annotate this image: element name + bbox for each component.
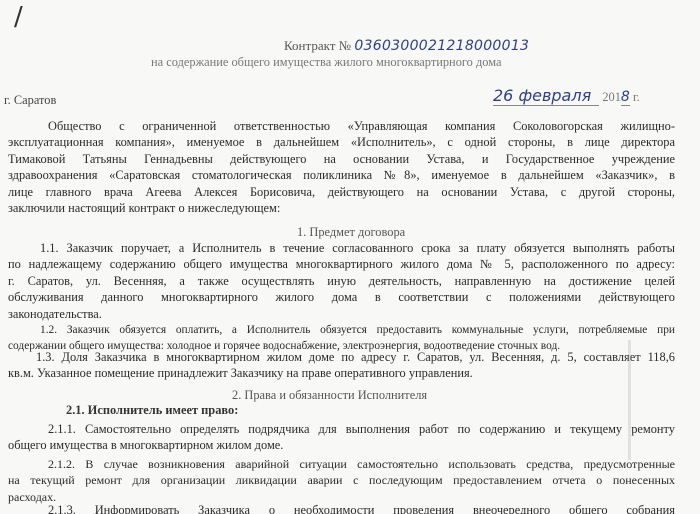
section2-subheading: 2.1. Исполнитель имеет право: — [66, 403, 238, 418]
clause-line: по надлежащему содержанию общего имущест… — [8, 256, 675, 272]
clause-line: 1.2. Заказчик обязуется оплатить, а Испо… — [8, 322, 675, 338]
clause-line: 1.1. Заказчик поручает, а Исполнитель в … — [8, 240, 675, 256]
date-year-digit: 8 — [621, 89, 630, 106]
preamble-line: лице главного врача Агеева Алексея Борис… — [8, 184, 675, 200]
scan-shadow-stripe — [628, 340, 631, 460]
clause-1-1: 1.1. Заказчик поручает, а Исполнитель в … — [8, 240, 675, 322]
clause-2-1-1: 2.1.1. Самостоятельно определять подрядч… — [8, 421, 675, 454]
clause-line: 2.1.2. В случае возникновения аварийной … — [8, 456, 675, 472]
preamble-line: здравоохранения «Саратовская стоматологи… — [8, 167, 675, 183]
clause-1-3: 1.3. Доля Заказчика в многоквартирном жи… — [8, 349, 675, 382]
clause-line: обслуживания данного многоквартирного жи… — [8, 289, 675, 305]
preamble-line: Общество с ограниченной ответственностью… — [8, 118, 675, 134]
clause-line: г. Саратов, ул. Весенняя, а также осущес… — [8, 273, 675, 289]
clause-2-1-2: 2.1.2. В случае возникновения аварийной … — [8, 456, 675, 505]
city-label: г. Саратов — [4, 93, 56, 108]
contract-title: Контракт № 0360300021218000013 — [284, 38, 529, 54]
title-prefix: Контракт № — [284, 38, 351, 53]
preamble-line: Тимаковой Татьяны Геннадьевны действующе… — [8, 151, 675, 167]
clause-line: 2.1.1. Самостоятельно определять подрядч… — [8, 421, 675, 437]
contract-number-handwritten: 0360300021218000013 — [354, 38, 529, 54]
clause-line: общего имущества в многоквартирном жилом… — [8, 437, 675, 453]
contract-date: 26 февраля 2018 г. — [493, 86, 640, 105]
clause-line: законодательства. — [8, 306, 675, 322]
section1-heading: 1. Предмет договора — [297, 225, 405, 240]
clause-line: на текущий ремонт для организации ликвид… — [8, 472, 675, 488]
clause-2-1-3: 2.1.3. Информировать Заказчика о необход… — [8, 502, 675, 514]
date-year-prefix: 201 — [602, 90, 621, 104]
preamble-line: эксплуатационная компания», именуемое в … — [8, 134, 675, 150]
scanned-contract-page: / Контракт № 0360300021218000013 на соде… — [0, 0, 700, 514]
preamble-line: заключили настоящий контракт о нижеследу… — [8, 200, 675, 216]
clause-line: 2.1.3. Информировать Заказчика о необход… — [8, 502, 675, 514]
date-suffix: г. — [633, 90, 640, 104]
section2-heading: 2. Права и обязанности Исполнителя — [232, 388, 427, 403]
date-handwritten: 26 февраля — [493, 86, 599, 106]
contract-subtitle: на содержание общего имущества жилого мн… — [151, 55, 501, 70]
clause-line: кв.м. Указанное помещение принадлежит За… — [8, 365, 675, 381]
preamble-paragraph: Общество с ограниченной ответственностью… — [8, 118, 675, 216]
corner-pen-mark: / — [14, 2, 23, 32]
clause-line: 1.3. Доля Заказчика в многоквартирном жи… — [8, 349, 675, 365]
